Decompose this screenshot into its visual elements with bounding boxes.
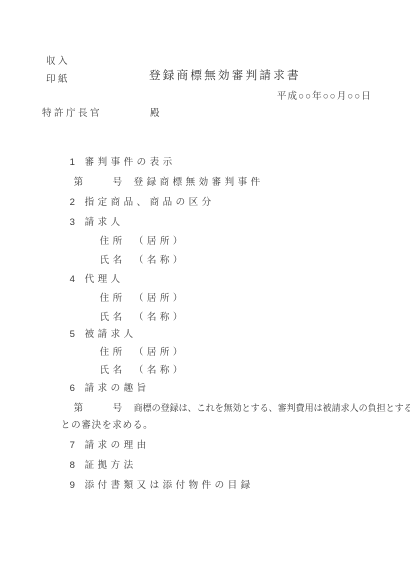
item-number: 9 — [70, 480, 85, 492]
document-title: 登録商標無効審判請求書 — [149, 70, 301, 82]
revenue-stamp-label-bottom: 印紙 — [46, 74, 70, 86]
addressee: 特許庁長官 — [42, 108, 102, 120]
revenue-stamp-label-top: 収入 — [46, 56, 70, 68]
document-page: 収入 印紙 登録商標無効審判請求書 平成○○年○○月○○日 特許庁長官 殿 1審… — [0, 0, 410, 580]
item-text: 添付書類又は添付物件の目録 — [85, 480, 254, 491]
honorific: 殿 — [150, 108, 162, 120]
document-date: 平成○○年○○月○○日 — [277, 91, 372, 103]
item-line-9: 9添付書類又は添付物件の目録 — [0, 468, 410, 504]
